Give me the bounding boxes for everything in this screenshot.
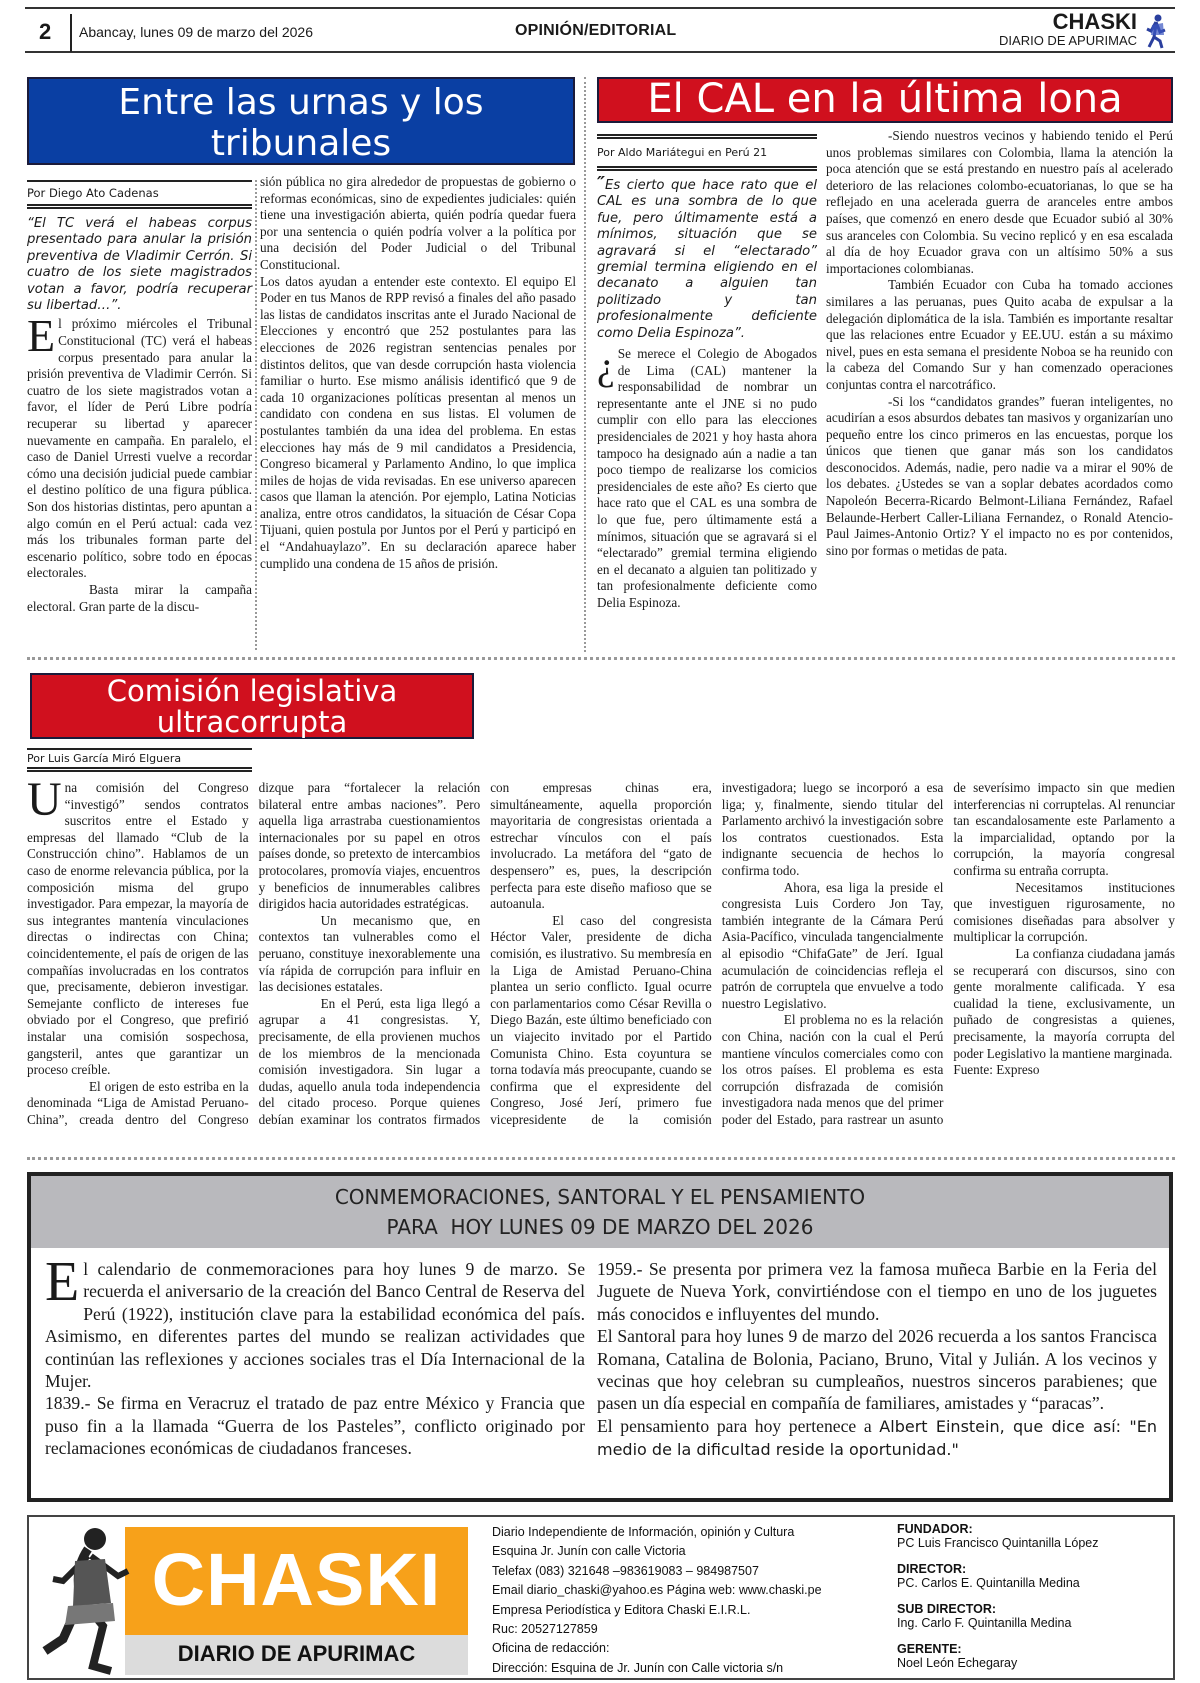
commemorations-paragraph: 1959.- Se presenta por primera vez la fa… bbox=[597, 1258, 1157, 1325]
article3-paragraph: Un mecanismo que, en contextos tan vulne… bbox=[259, 913, 481, 996]
article2-paragraph: Se merece el Colegio de Abogados de Lima… bbox=[597, 346, 817, 610]
article3-byline: Por Luis García Miró Elguera bbox=[27, 750, 252, 767]
commemorations-title-line1: CONMEMORACIONES, SANTORAL Y EL PENSAMIEN… bbox=[31, 1182, 1169, 1212]
page-number: 2 bbox=[39, 19, 51, 45]
brand-subtitle: DIARIO DE APURIMAC bbox=[999, 33, 1137, 48]
commemorations-header: CONMEMORACIONES, SANTORAL Y EL PENSAMIEN… bbox=[31, 1176, 1169, 1248]
article2-dropcap: ¿ bbox=[597, 348, 618, 384]
article2-col2: -Siendo nuestros vecinos y habiendo teni… bbox=[826, 128, 1173, 559]
footer-logo: CHASKI DIARIO DE APURIMAC bbox=[29, 1517, 479, 1678]
footer-ruc: Ruc: 20527127859 bbox=[492, 1620, 822, 1639]
section-title: OPINIÓN/EDITORIAL bbox=[515, 22, 676, 40]
article2-paragraph: -Siendo nuestros vecinos y habiendo teni… bbox=[826, 128, 1173, 277]
commemorations-paragraph: l calendario de conmemoraciones para hoy… bbox=[45, 1259, 585, 1391]
article1-paragraph: Los datos ayudan a entender este context… bbox=[260, 274, 576, 573]
article3-byline-block: Por Luis García Miró Elguera bbox=[27, 748, 252, 772]
footer-email-web: Email diario_chaski@yahoo.es Página web:… bbox=[492, 1581, 822, 1600]
article1-byline-block: Por Diego Ato Cadenas bbox=[27, 180, 252, 209]
commemorations-dropcap: E bbox=[45, 1260, 83, 1304]
commemorations-box: CONMEMORACIONES, SANTORAL Y EL PENSAMIEN… bbox=[27, 1172, 1173, 1502]
footer-info-line: Diario Independiente de Información, opi… bbox=[492, 1523, 822, 1542]
quote-mark-icon: ″ bbox=[597, 173, 605, 194]
issue-date: Abancay, lunes 09 de marzo del 2026 bbox=[79, 24, 313, 40]
article3-title-banner: Comisión legislativa ultracorrupta bbox=[30, 673, 474, 739]
staff-role: GERENTE: bbox=[897, 1643, 1099, 1656]
article2-byline: Por Aldo Mariátegui en Perú 21 bbox=[597, 139, 817, 166]
article1-byline: Por Diego Ato Cadenas bbox=[27, 182, 252, 204]
masthead: 2 Abancay, lunes 09 de marzo del 2026 OP… bbox=[25, 7, 1175, 53]
article1-title-banner: Entre las urnas y los tribunales bbox=[27, 77, 575, 165]
article1-paragraph: Basta mirar la campaña electoral. Gran p… bbox=[27, 582, 252, 615]
staff-name: PC Luis Francisco Quintanilla López bbox=[897, 1536, 1099, 1551]
commemorations-col2: 1959.- Se presenta por primera vez la fa… bbox=[597, 1258, 1157, 1462]
article1-title: Entre las urnas y los tribunales bbox=[118, 82, 483, 164]
article3-source: Fuente: Expreso bbox=[953, 1062, 1175, 1079]
section-divider bbox=[27, 657, 1175, 660]
article2-title-banner: El CAL en la última lona bbox=[597, 77, 1173, 123]
article2-byline-block: Por Aldo Mariátegui en Perú 21 bbox=[597, 134, 817, 171]
footer-info-line: Oficina de redacción: bbox=[492, 1639, 822, 1658]
article3-paragraph: Necesitamos instituciones que investigue… bbox=[953, 880, 1175, 946]
article1-lead-quote: “El TC verá el habeas corpus presentado … bbox=[27, 216, 252, 314]
article1-col1: “El TC verá el habeas corpus presentado … bbox=[27, 216, 252, 615]
footer-address: Dirección: Esquina de Jr. Junín con Call… bbox=[492, 1659, 822, 1678]
article1-paragraph: sión pública no gira alrededor de propue… bbox=[260, 174, 576, 274]
footer-contact-info: Diario Independiente de Información, opi… bbox=[492, 1523, 822, 1678]
staff-name: Noel León Echegaray bbox=[897, 1656, 1099, 1671]
column-divider bbox=[255, 180, 257, 650]
masthead-divider bbox=[70, 14, 72, 52]
article1-col2: sión pública no gira alrededor de propue… bbox=[260, 174, 576, 572]
article1-dropcap: E bbox=[27, 318, 58, 354]
footer-info-line: Esquina Jr. Junín con calle Victoria bbox=[492, 1542, 822, 1561]
article3-paragraph: La confianza ciudadana jamás se recupera… bbox=[953, 946, 1175, 1062]
commemorations-thought: El pensamiento para hoy pertenece a Albe… bbox=[597, 1415, 1157, 1462]
article1-paragraph: l próximo miércoles el Tribunal Constitu… bbox=[27, 316, 252, 580]
article2-paragraph: -Si los “candidatos grandes” fueran inte… bbox=[826, 394, 1173, 560]
footer-logo-name: CHASKI bbox=[129, 1535, 464, 1625]
column-divider bbox=[584, 77, 586, 652]
article2-paragraph: También Ecuador con Cuba ha tomado accio… bbox=[826, 277, 1173, 393]
footer: CHASKI DIARIO DE APURIMAC Diario Indepen… bbox=[27, 1515, 1175, 1680]
staff-name: PC. Carlos E. Quintanilla Medina bbox=[897, 1576, 1099, 1591]
article3-title: Comisión legislativa ultracorrupta bbox=[107, 674, 397, 739]
staff-role: DIRECTOR: bbox=[897, 1563, 1099, 1576]
footer-logo-subtitle: DIARIO DE APURIMAC bbox=[125, 1641, 468, 1667]
staff-role: SUB DIRECTOR: bbox=[897, 1603, 1099, 1616]
article2-col1: ″Es cierto que hace rato que el CAL es u… bbox=[597, 178, 817, 612]
brand-name: CHASKI bbox=[999, 11, 1137, 33]
footer-info-line: Empresa Periodística y Editora Chaski E.… bbox=[492, 1601, 822, 1620]
footer-staff: FUNDADOR: PC Luis Francisco Quintanilla … bbox=[897, 1523, 1099, 1683]
article2-title: El CAL en la última lona bbox=[647, 76, 1122, 122]
article2-lead-quote: ″Es cierto que hace rato que el CAL es u… bbox=[597, 178, 817, 342]
section-divider bbox=[27, 1157, 1175, 1160]
runner-icon bbox=[1143, 13, 1169, 49]
runner-icon bbox=[33, 1521, 143, 1676]
article3-paragraph: Ahora, esa liga la preside el congresist… bbox=[722, 880, 944, 1013]
commemorations-paragraph: El Santoral para hoy lunes 9 de marzo de… bbox=[597, 1325, 1157, 1415]
commemorations-col1: El calendario de conmemoraciones para ho… bbox=[45, 1258, 585, 1460]
staff-name: Ing. Carlo F. Quintanilla Medina bbox=[897, 1616, 1099, 1631]
brand-block: CHASKI DIARIO DE APURIMAC bbox=[999, 11, 1137, 48]
staff-role: FUNDADOR: bbox=[897, 1523, 1099, 1536]
footer-phone: Telefax (083) 321648 –983619083 – 984987… bbox=[492, 1562, 822, 1581]
article3-dropcap: U bbox=[27, 782, 65, 818]
article3-text: Una comisión del Congreso “investigó” se… bbox=[27, 780, 1175, 1140]
commemorations-title-line2: PARA HOY LUNES 09 DE MARZO DEL 2026 bbox=[31, 1212, 1169, 1242]
commemorations-paragraph: 1839.- Se firma en Veracruz el tratado d… bbox=[45, 1392, 585, 1459]
